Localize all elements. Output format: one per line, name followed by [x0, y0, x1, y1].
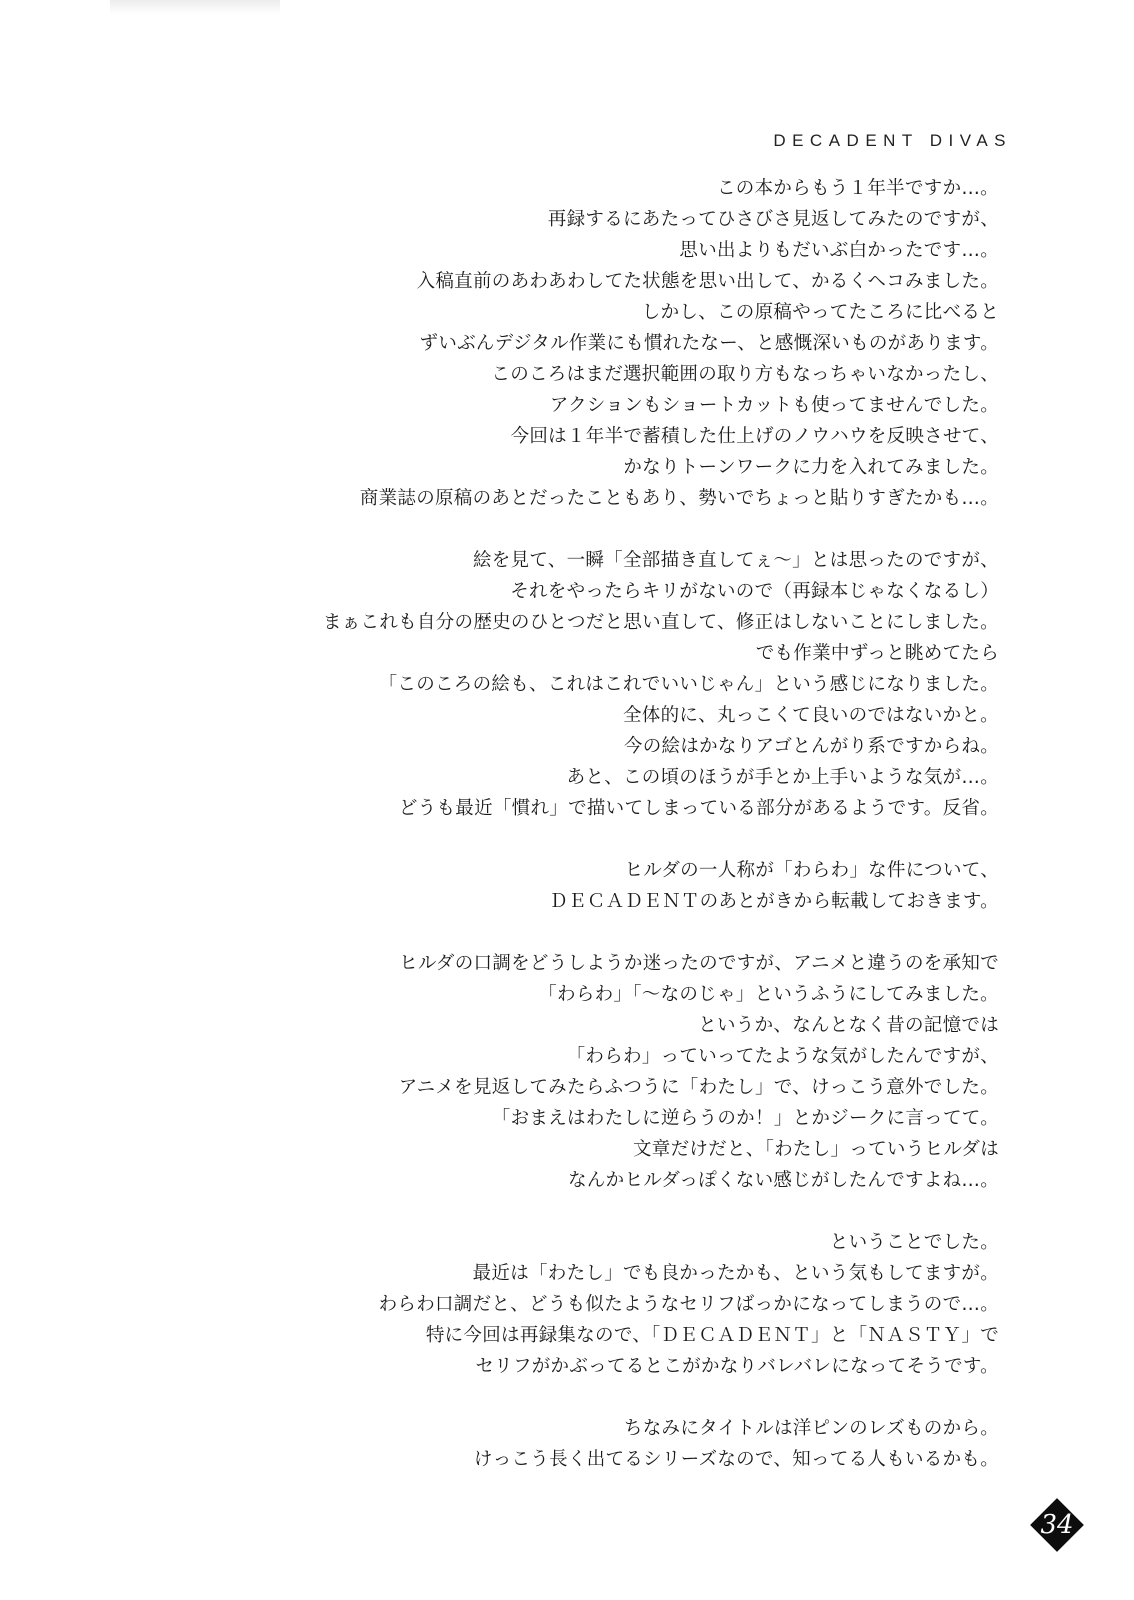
- text-line: それをやったらキリがないので（再録本じゃなくなるし）: [99, 576, 999, 607]
- text-line: ちなみにタイトルは洋ピンのレズものから。: [99, 1413, 999, 1444]
- text-line: ヒルダの一人称が「わらわ」な件について、: [99, 855, 999, 886]
- page-title: DECADENT DIVAS: [773, 131, 1012, 151]
- text-line: 文章だけだと、「わたし」っていうヒルダは: [99, 1134, 999, 1165]
- text-line: ＤＥＣＡＤＥＮＴのあとがきから転載しておきます。: [99, 886, 999, 917]
- text-line: 入稿直前のあわあわしてた状態を思い出して、かるくヘコみました。: [99, 266, 999, 297]
- text-line: でも作業中ずっと眺めてたら: [99, 638, 999, 669]
- text-line: 「わらわ」「～なのじゃ」というふうにしてみました。: [99, 979, 999, 1010]
- text-line: ということでした。: [99, 1227, 999, 1258]
- paragraph-1: この本からもう１年半ですか…。 再録するにあたってひさびさ見返してみたのですが、…: [99, 173, 999, 514]
- text-line: 全体的に、丸っこくて良いのではないかと。: [99, 700, 999, 731]
- text-line: 「わらわ」っていってたような気がしたんですが、: [99, 1041, 999, 1072]
- text-line: 思い出よりもだいぶ白かったです…。: [99, 235, 999, 266]
- text-line: 「このころの絵も、これはこれでいいじゃん」という感じになりました。: [99, 669, 999, 700]
- text-line: 商業誌の原稿のあとだったこともあり、勢いでちょっと貼りすぎたかも…。: [99, 483, 999, 514]
- text-line: 「おまえはわたしに逆らうのか！」とかジークに言ってて。: [99, 1103, 999, 1134]
- text-line: しかし、この原稿やってたころに比べると: [99, 297, 999, 328]
- paragraph-5: ということでした。 最近は「わたし」でも良かったかも、という気もしてますが。 わ…: [99, 1227, 999, 1382]
- text-line: というか、なんとなく昔の記憶では: [99, 1010, 999, 1041]
- text-line: このころはまだ選択範囲の取り方もなっちゃいなかったし、: [99, 359, 999, 390]
- text-line: 今回は１年半で蓄積した仕上げのノウハウを反映させて、: [99, 421, 999, 452]
- text-line: なんかヒルダっぽくない感じがしたんですよね…。: [99, 1165, 999, 1196]
- text-line: まぁこれも自分の歴史のひとつだと思い直して、修正はしないことにしました。: [99, 607, 999, 638]
- text-line: 特に今回は再録集なので、「ＤＥＣＡＤＥＮＴ」と「ＮＡＳＴＹ」で: [99, 1320, 999, 1351]
- page-number: 34: [1032, 1508, 1082, 1542]
- paragraph-3: ヒルダの一人称が「わらわ」な件について、 ＤＥＣＡＤＥＮＴのあとがきから転載して…: [99, 855, 999, 917]
- text-line: 再録するにあたってひさびさ見返してみたのですが、: [99, 204, 999, 235]
- text-line: けっこう長く出てるシリーズなので、知ってる人もいるかも。: [99, 1444, 999, 1475]
- text-line: わらわ口調だと、どうも似たようなセリフばっかになってしまうので…。: [99, 1289, 999, 1320]
- text-line: 今の絵はかなりアゴとんがり系ですからね。: [99, 731, 999, 762]
- text-line: アニメを見返してみたらふつうに「わたし」で、けっこう意外でした。: [99, 1072, 999, 1103]
- afterword-body: この本からもう１年半ですか…。 再録するにあたってひさびさ見返してみたのですが、…: [99, 173, 999, 1506]
- text-line: どうも最近「慣れ」で描いてしまっている部分があるようです。反省。: [99, 793, 999, 824]
- text-line: 最近は「わたし」でも良かったかも、という気もしてますが。: [99, 1258, 999, 1289]
- text-line: ヒルダの口調をどうしようか迷ったのですが、アニメと違うのを承知で: [99, 948, 999, 979]
- paragraph-2: 絵を見て、一瞬「全部描き直してぇ～」とは思ったのですが、 それをやったらキリがな…: [99, 545, 999, 824]
- paragraph-4: ヒルダの口調をどうしようか迷ったのですが、アニメと違うのを承知で 「わらわ」「～…: [99, 948, 999, 1196]
- text-line: セリフがかぶってるとこがかなりバレバレになってそうです。: [99, 1351, 999, 1382]
- scan-smudge: [110, 0, 280, 14]
- page-number-badge: 34: [1038, 1506, 1076, 1544]
- text-line: あと、この頃のほうが手とか上手いような気が…。: [99, 762, 999, 793]
- text-line: ずいぶんデジタル作業にも慣れたなー、と感慨深いものがあります。: [99, 328, 999, 359]
- text-line: この本からもう１年半ですか…。: [99, 173, 999, 204]
- paragraph-6: ちなみにタイトルは洋ピンのレズものから。 けっこう長く出てるシリーズなので、知っ…: [99, 1413, 999, 1475]
- text-line: 絵を見て、一瞬「全部描き直してぇ～」とは思ったのですが、: [99, 545, 999, 576]
- text-line: かなりトーンワークに力を入れてみました。: [99, 452, 999, 483]
- text-line: アクションもショートカットも使ってませんでした。: [99, 390, 999, 421]
